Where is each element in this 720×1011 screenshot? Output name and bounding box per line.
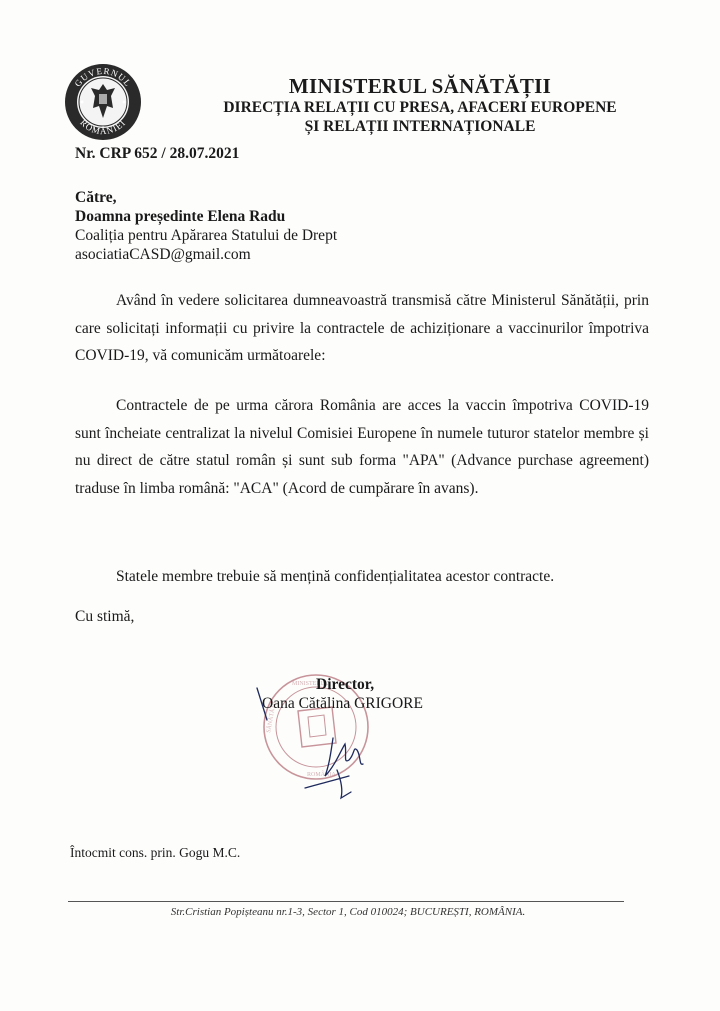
closing-salutation: Cu stimă, bbox=[75, 608, 134, 626]
paragraph-2-text: Contractele de pe urma cărora România ar… bbox=[75, 397, 649, 497]
body-paragraph-3: Statele membre trebuie să mențină confid… bbox=[75, 563, 649, 591]
recipient-organization: Coaliția pentru Apărarea Statului de Dre… bbox=[75, 226, 337, 245]
recipient-to: Către, bbox=[75, 188, 337, 207]
paragraph-1-text: Având în vedere solicitarea dumneavoastr… bbox=[75, 292, 649, 364]
recipient-email: asociatiaCASD@gmail.com bbox=[75, 245, 337, 264]
directorate-line-1: DIRECȚIA RELAȚII CU PRESA, AFACERI EUROP… bbox=[160, 98, 680, 117]
footer-divider bbox=[68, 901, 624, 902]
recipient-block: Către, Doamna președinte Elena Radu Coal… bbox=[75, 188, 337, 264]
ministry-name: MINISTERUL SĂNĂTĂȚII bbox=[160, 74, 680, 98]
body-paragraph-1: Având în vedere solicitarea dumneavoastr… bbox=[75, 287, 649, 370]
prepared-by: Întocmit cons. prin. Gogu M.C. bbox=[70, 845, 240, 861]
government-seal-icon: GUVERNUL ROMÂNIEI bbox=[63, 62, 143, 142]
letterhead: MINISTERUL SĂNĂTĂȚII DIRECȚIA RELAȚII CU… bbox=[160, 74, 680, 136]
reference-number: Nr. CRP 652 / 28.07.2021 bbox=[75, 145, 239, 163]
recipient-name: Doamna președinte Elena Radu bbox=[75, 207, 337, 226]
directorate-line-2: ȘI RELAȚII INTERNAȚIONALE bbox=[160, 117, 680, 136]
handwritten-signature-icon bbox=[245, 680, 395, 800]
footer-address: Str.Cristian Popișteanu nr.1-3, Sector 1… bbox=[70, 906, 626, 918]
paragraph-3-text: Statele membre trebuie să mențină confid… bbox=[116, 568, 554, 585]
body-paragraph-2: Contractele de pe urma cărora România ar… bbox=[75, 392, 649, 502]
